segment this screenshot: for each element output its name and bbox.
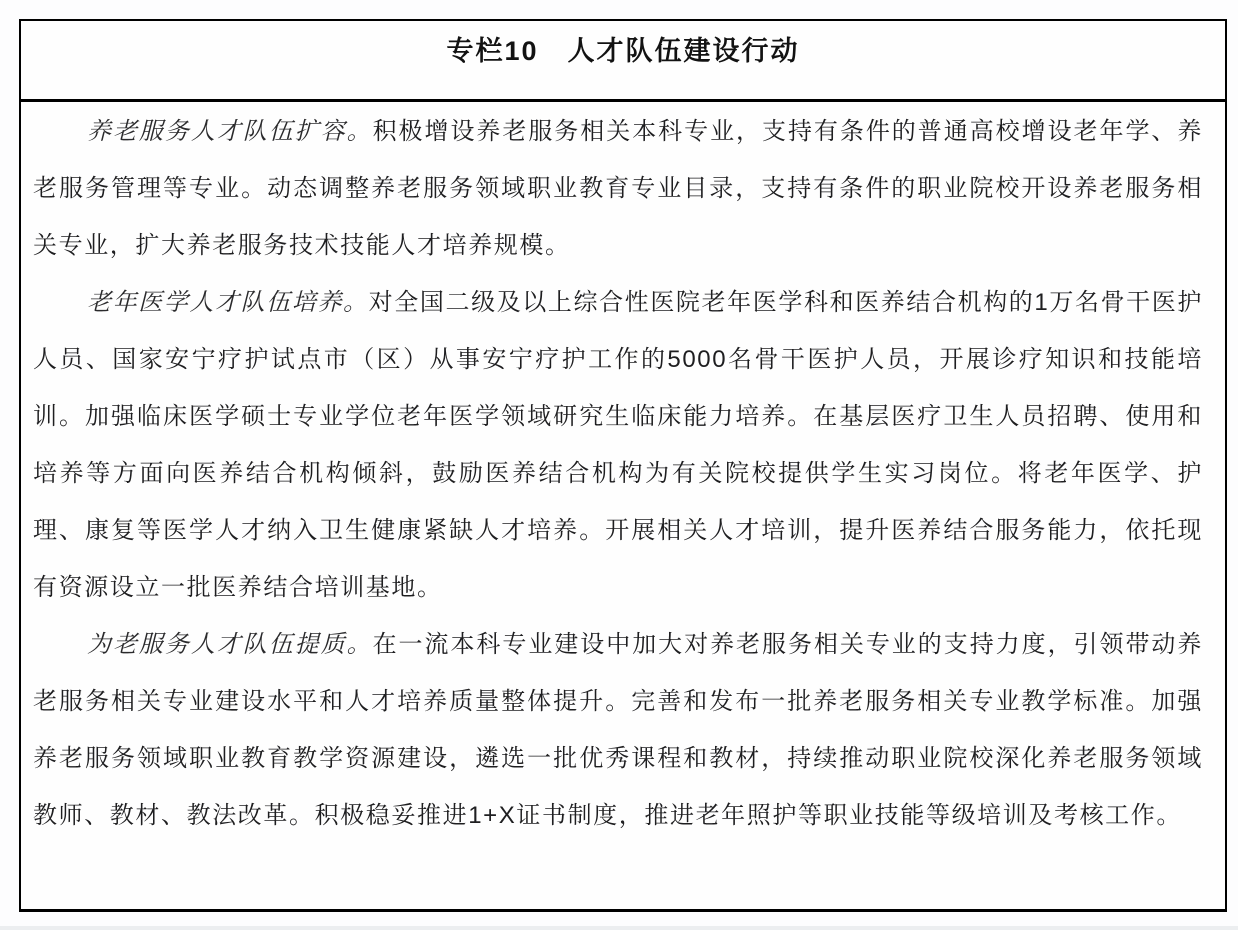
page-bottom-edge [0, 926, 1238, 930]
paragraph-text: 对全国二级及以上综合性医院老年医学科和医养结合机构的1万名骨干医护人员、国家安宁… [33, 289, 1203, 601]
paragraph-talent-expansion: 养老服务人才队伍扩容。积极增设养老服务相关本科专业，支持有条件的普通高校增设老年… [33, 103, 1203, 274]
column-title: 专栏10 人才队伍建设行动 [21, 21, 1225, 102]
paragraph-lead: 养老服务人才队伍扩容。 [87, 118, 373, 145]
column-box: 专栏10 人才队伍建设行动 养老服务人才队伍扩容。积极增设养老服务相关本科专业，… [19, 19, 1227, 912]
paragraph-lead: 老年医学人才队伍培养。 [87, 289, 369, 316]
column-body: 养老服务人才队伍扩容。积极增设养老服务相关本科专业，支持有条件的普通高校增设老年… [21, 102, 1225, 844]
paragraph-lead: 为老服务人才队伍提质。 [87, 631, 373, 658]
paragraph-service-quality: 为老服务人才队伍提质。在一流本科专业建设中加大对养老服务相关专业的支持力度，引领… [33, 616, 1203, 844]
paragraph-geriatric-medicine: 老年医学人才队伍培养。对全国二级及以上综合性医院老年医学科和医养结合机构的1万名… [33, 274, 1203, 616]
paragraph-text: 在一流本科专业建设中加大对养老服务相关专业的支持力度，引领带动养老服务相关专业建… [33, 631, 1203, 829]
